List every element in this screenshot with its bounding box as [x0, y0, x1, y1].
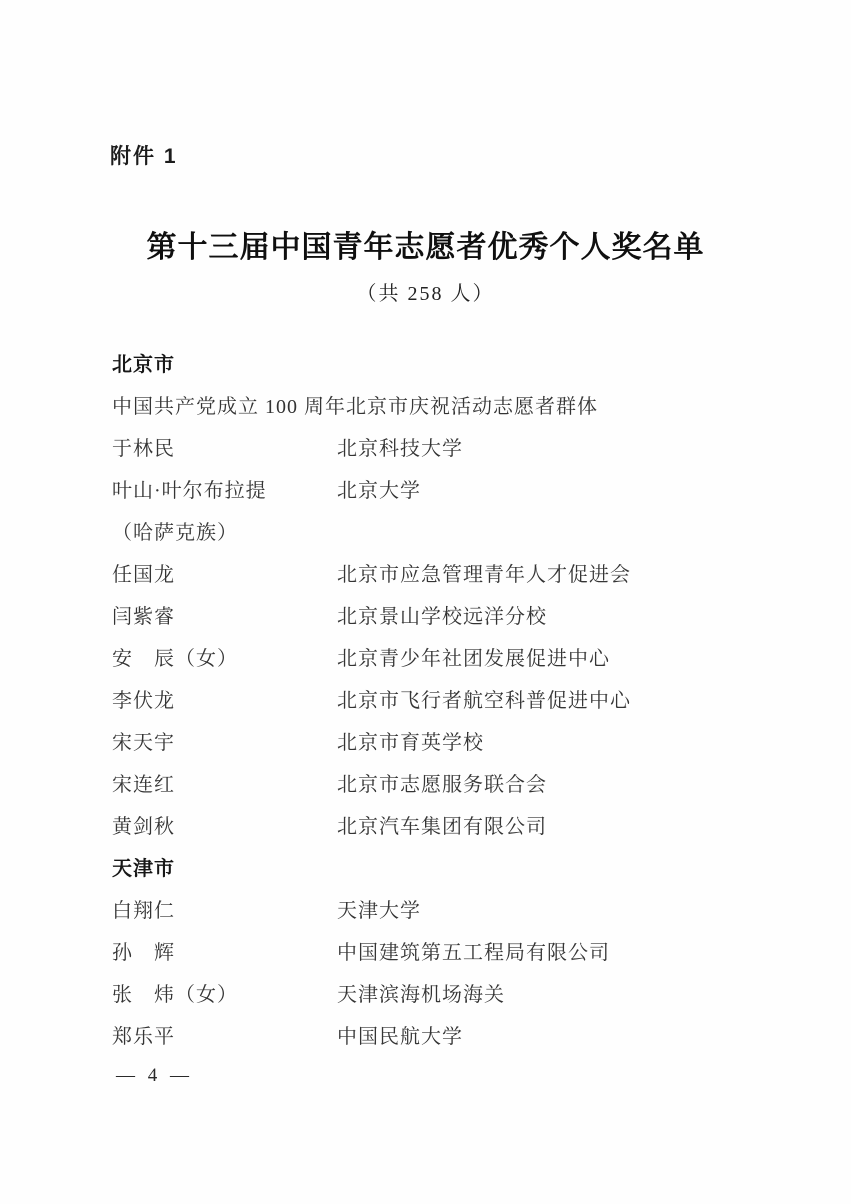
awardee-organization: 北京市志愿服务联合会: [337, 764, 547, 806]
award-entry-row: 宋天宇北京市育英学校: [112, 722, 801, 764]
award-entry-row: 张 炜（女）天津滨海机场海关: [112, 974, 801, 1016]
awardee-name: （哈萨克族）: [112, 512, 337, 554]
award-entry-row: 宋连红北京市志愿服务联合会: [112, 764, 801, 806]
award-entry-row: 郑乐平中国民航大学: [112, 1016, 801, 1058]
award-entry-row: 闫紫睿北京景山学校远洋分校: [112, 596, 801, 638]
page-number: — 4 —: [116, 1065, 193, 1087]
awardee-name: 安 辰（女）: [112, 638, 337, 680]
region-header: 北京市: [112, 344, 801, 386]
award-entry-row: （哈萨克族）: [112, 512, 801, 554]
attachment-label: 附件 1: [110, 140, 178, 170]
award-entry-row: 孙 辉中国建筑第五工程局有限公司: [112, 932, 801, 974]
awardee-name: 宋天宇: [112, 722, 337, 764]
awardee-name: 黄剑秋: [112, 806, 337, 848]
document-page: 附件 1 第十三届中国青年志愿者优秀个人奖名单 （共 258 人） 北京市中国共…: [0, 0, 851, 1204]
awardee-name: 叶山·叶尔布拉提: [112, 470, 337, 512]
awardee-organization: 北京科技大学: [337, 428, 463, 470]
awardee-name: 孙 辉: [112, 932, 337, 974]
awardee-name: 于林民: [112, 428, 337, 470]
awardee-organization: 天津大学: [337, 890, 421, 932]
document-subtitle: （共 258 人）: [0, 277, 851, 306]
awardee-organization: 中国建筑第五工程局有限公司: [337, 932, 610, 974]
awardee-name: 闫紫睿: [112, 596, 337, 638]
award-entry-row: 安 辰（女）北京青少年社团发展促进中心: [112, 638, 801, 680]
region-header: 天津市: [112, 848, 801, 890]
awardee-name: 宋连红: [112, 764, 337, 806]
awardee-name: 白翔仁: [112, 890, 337, 932]
awardee-organization: 北京市飞行者航空科普促进中心: [337, 680, 631, 722]
awardee-name: 任国龙: [112, 554, 337, 596]
award-list: 北京市中国共产党成立 100 周年北京市庆祝活动志愿者群体于林民北京科技大学叶山…: [112, 344, 801, 1058]
awardee-organization: 北京市应急管理青年人才促进会: [337, 554, 631, 596]
awardee-name: 李伏龙: [112, 680, 337, 722]
awardee-organization: 北京市育英学校: [337, 722, 484, 764]
award-entry-row: 叶山·叶尔布拉提北京大学: [112, 470, 801, 512]
award-entry-row: 李伏龙北京市飞行者航空科普促进中心: [112, 680, 801, 722]
award-entry-row: 于林民北京科技大学: [112, 428, 801, 470]
document-title: 第十三届中国青年志愿者优秀个人奖名单: [0, 222, 851, 266]
awardee-name: 郑乐平: [112, 1016, 337, 1058]
awardee-organization: 北京大学: [337, 470, 421, 512]
awardee-organization: 北京景山学校远洋分校: [337, 596, 547, 638]
awardee-organization: 天津滨海机场海关: [337, 974, 505, 1016]
award-entry-row: 任国龙北京市应急管理青年人才促进会: [112, 554, 801, 596]
award-entry-row: 中国共产党成立 100 周年北京市庆祝活动志愿者群体: [112, 386, 801, 428]
awardee-name: 中国共产党成立 100 周年北京市庆祝活动志愿者群体: [112, 386, 598, 428]
awardee-organization: 中国民航大学: [337, 1016, 463, 1058]
awardee-organization: 北京汽车集团有限公司: [337, 806, 547, 848]
awardee-name: 张 炜（女）: [112, 974, 337, 1016]
awardee-organization: 北京青少年社团发展促进中心: [337, 638, 610, 680]
award-entry-row: 白翔仁天津大学: [112, 890, 801, 932]
award-entry-row: 黄剑秋北京汽车集团有限公司: [112, 806, 801, 848]
